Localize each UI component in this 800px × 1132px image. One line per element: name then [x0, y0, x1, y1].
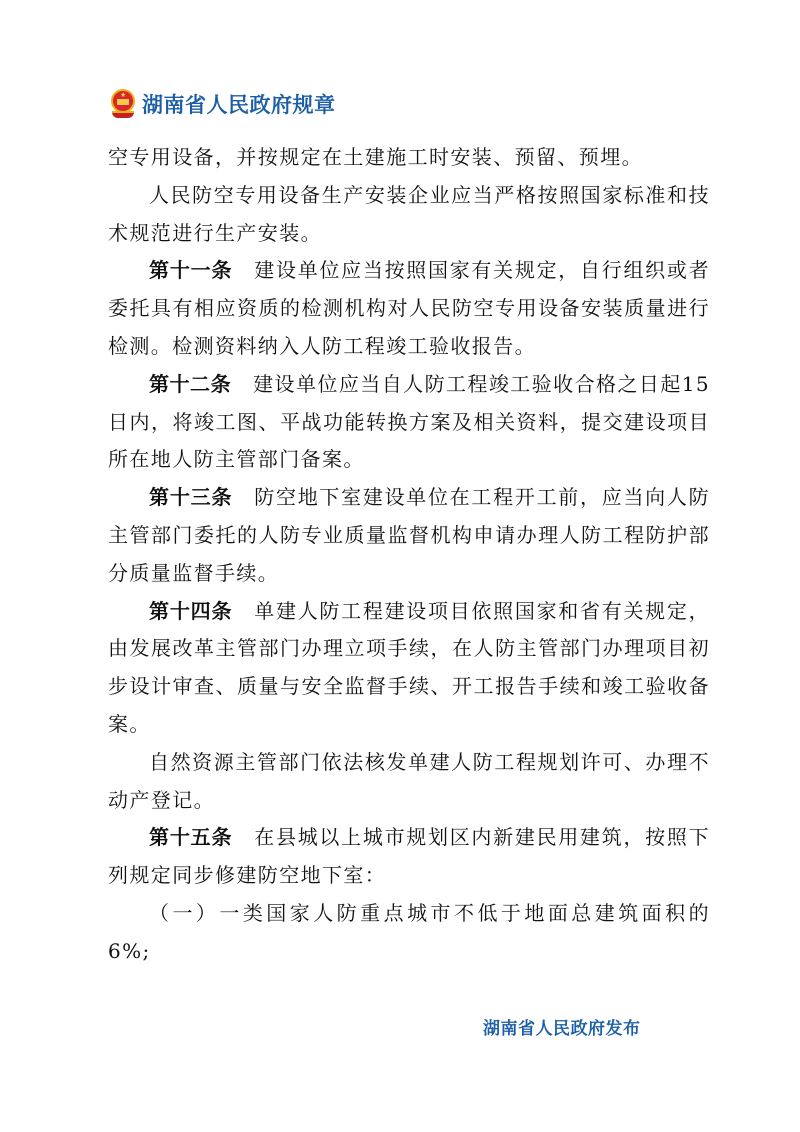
article-number: 第十五条 — [149, 825, 232, 849]
article-number: 第十二条 — [149, 372, 231, 396]
paragraph-continuation: 空专用设备，并按规定在土建施工时安装、预留、预埋。 — [108, 139, 710, 177]
regulation-body: 空专用设备，并按规定在土建施工时安装、预留、预埋。 人民防空专用设备生产安装企业… — [108, 139, 710, 971]
article-number: 第十四条 — [149, 599, 232, 623]
list-item: （一）一类国家人防重点城市不低于地面总建筑面积的 6%; — [108, 895, 710, 971]
article-12: 第十二条建设单位应当自人防工程竣工验收合格之日起15日内，将竣工图、平战功能转换… — [108, 366, 710, 479]
article-11: 第十一条建设单位应当按照国家有关规定，自行组织或者委托具有相应资质的检测机构对人… — [108, 252, 710, 365]
document-series-title: 湖南省人民政府规章 — [142, 89, 336, 119]
paragraph: 人民防空专用设备生产安装企业应当严格按照国家标准和技术规范进行生产安装。 — [108, 177, 710, 253]
document-header: ★ 湖南省人民政府规章 — [108, 86, 336, 122]
article-15: 第十五条在县城以上城市规划区内新建民用建筑，按照下列规定同步修建防空地下室： — [108, 819, 710, 895]
article-13: 第十三条防空地下室建设单位在工程开工前，应当向人防主管部门委托的人防专业质量监督… — [108, 479, 710, 592]
paragraph: 自然资源主管部门依法核发单建人防工程规划许可、办理不动产登记。 — [108, 744, 710, 820]
article-number: 第十三条 — [149, 485, 232, 509]
article-number: 第十一条 — [149, 258, 232, 282]
national-emblem-icon: ★ — [108, 88, 138, 120]
publisher-footer: 湖南省人民政府发布 — [483, 1014, 641, 1039]
article-14: 第十四条单建人防工程建设项目依照国家和省有关规定，由发展改革主管部门办理立项手续… — [108, 593, 710, 744]
